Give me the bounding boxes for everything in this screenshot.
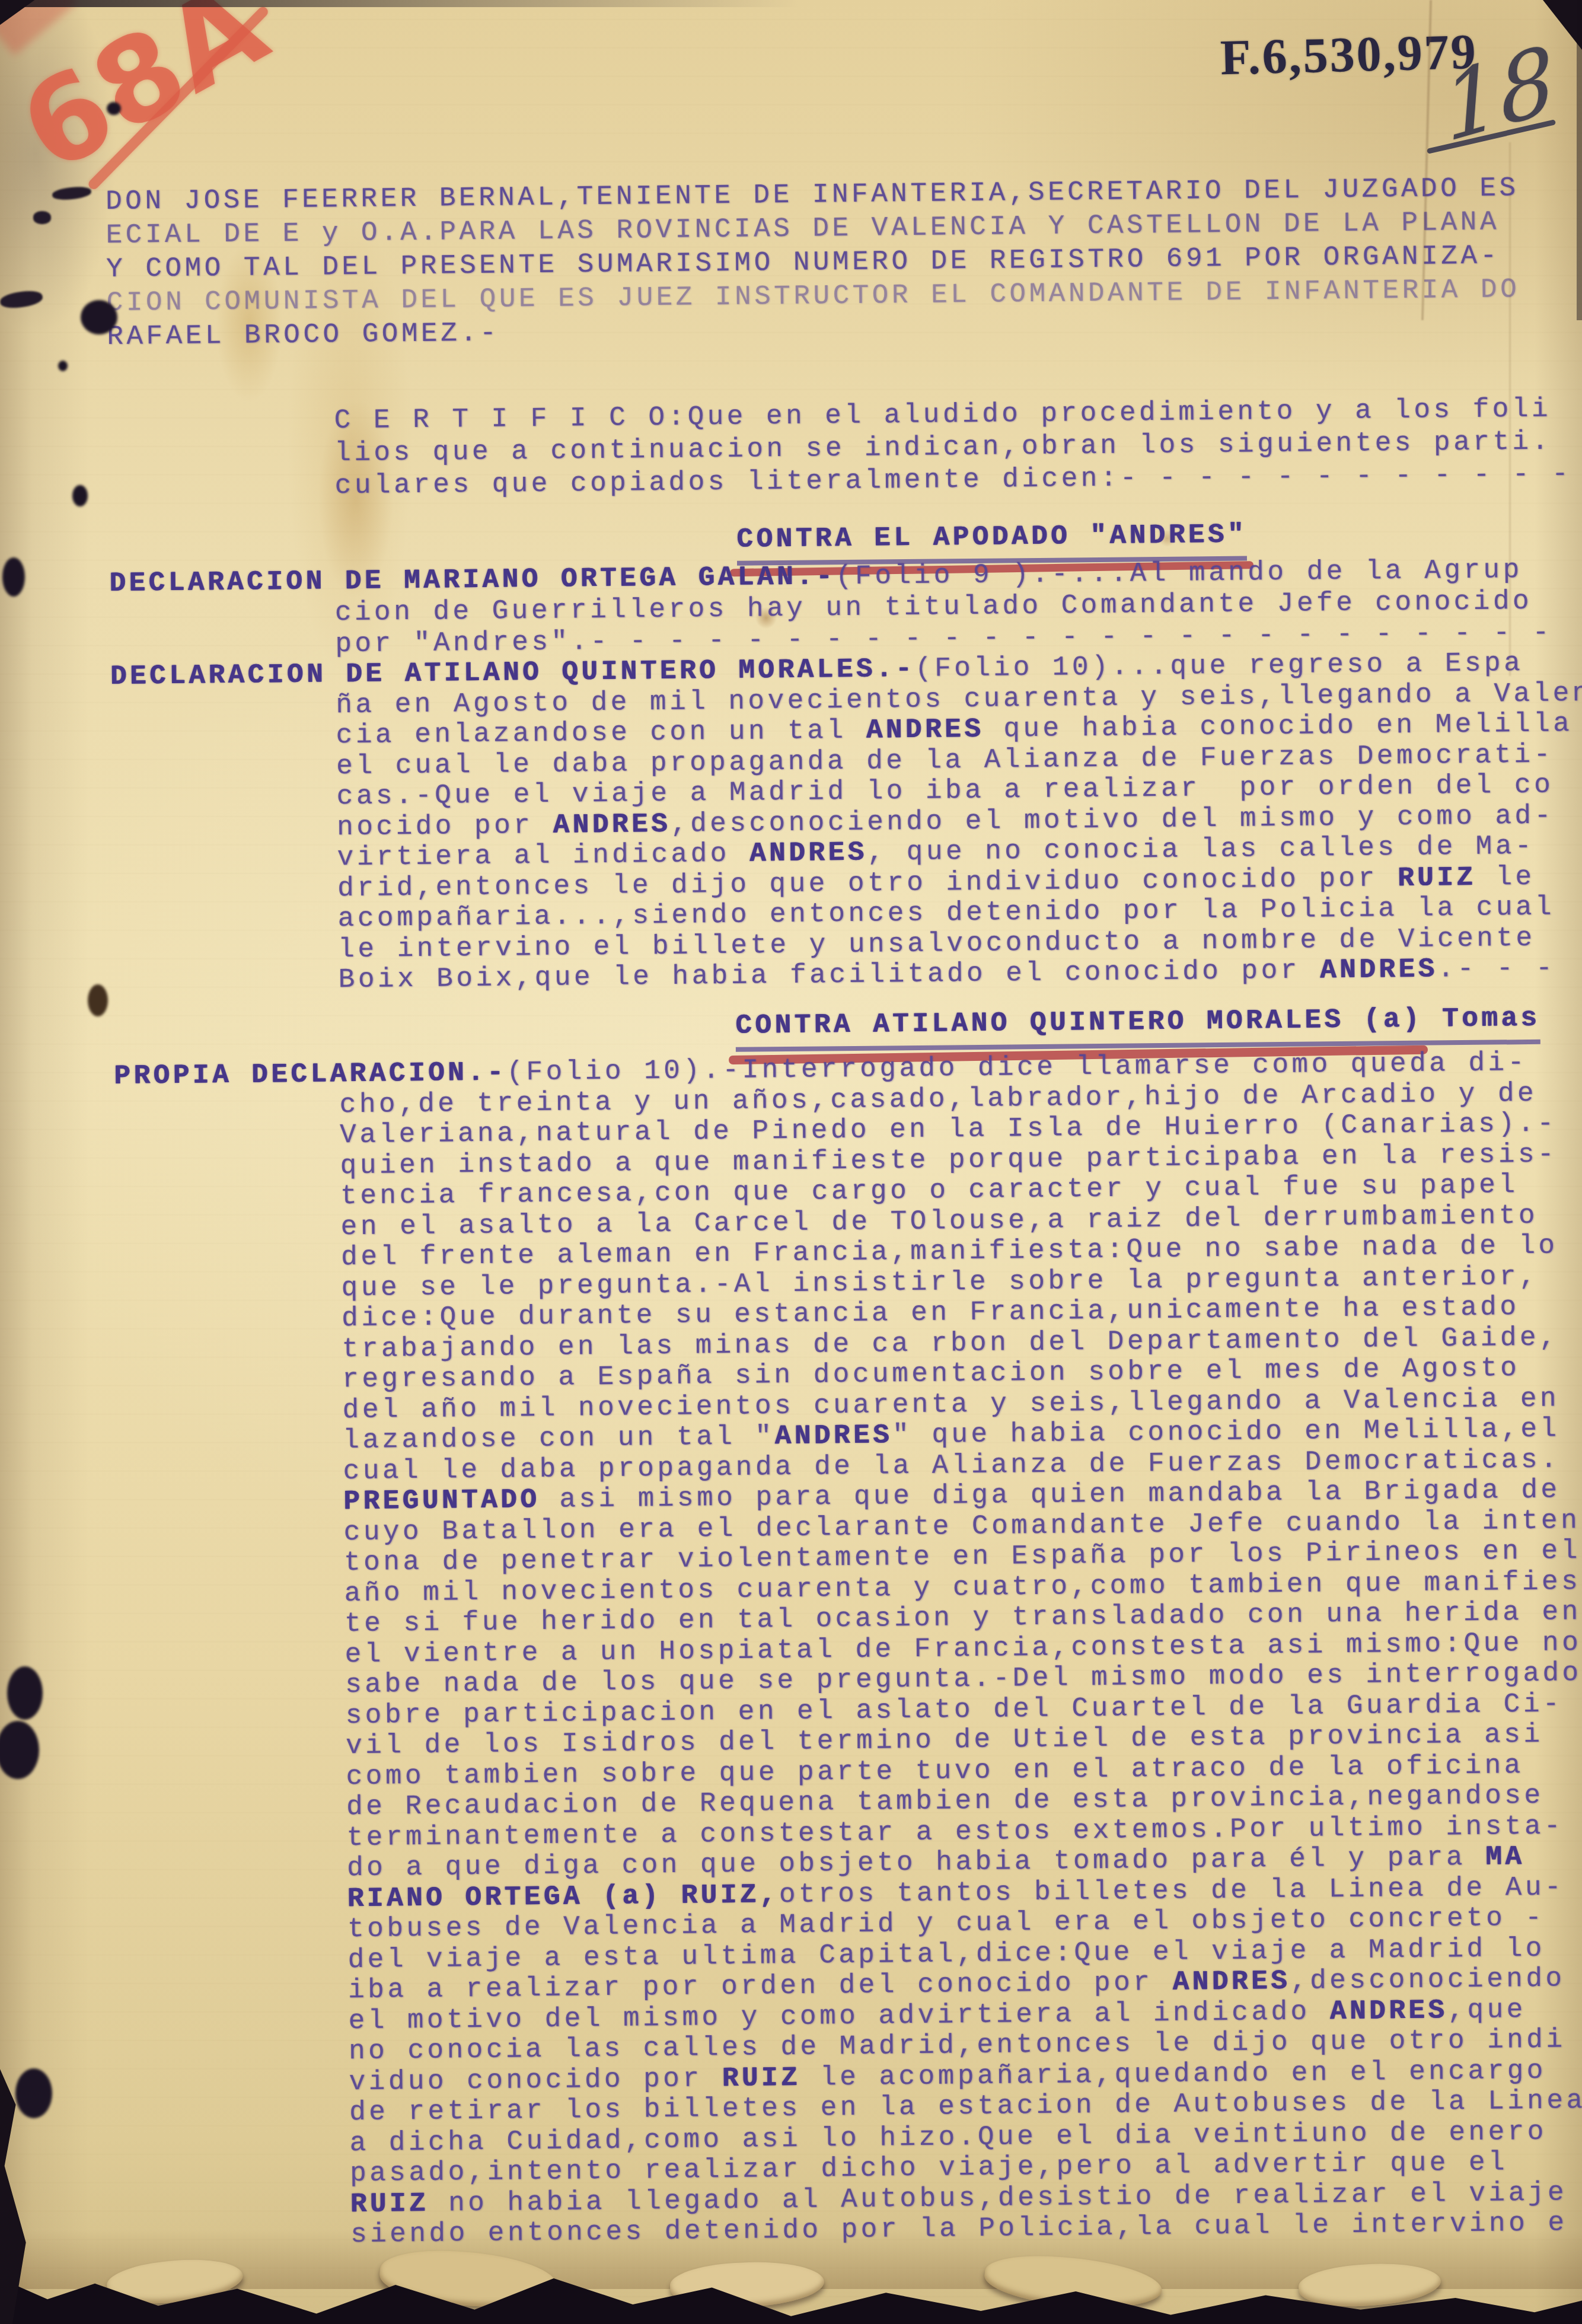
overstruck-text: RUIZ [350,2188,429,2219]
overstruck-text: ANDRES [1329,1995,1447,2027]
declaration-mariano-ortega: DECLARACION DE MARIANO ORTEGA GALAN.-(Fo… [109,554,1552,662]
overstruck-text: PREGUNTADO [343,1484,540,1517]
declaration-atilano-quintero: DECLARACION DE ATILANO QUINTERO MORALES.… [110,648,1582,997]
tear-slit [33,211,51,224]
propia-declaracion-paragraph: PROPIA DECLARACION.-(Folio 10).-Interrog… [114,1047,1582,2252]
overstruck-text: ANDRES [553,808,671,840]
punch-hole [107,102,121,115]
overstruck-text: RIANO ORTEGA (a) RUIZ, [347,1879,779,1914]
overstruck-text: PROPIA DECLARACION.- [114,1057,507,1092]
overstruck-text: MA [1485,1841,1525,1873]
paper-speck [72,485,88,506]
dark-scan-edge-right [1577,0,1582,320]
overstruck-text: ANDRES [866,714,984,746]
paper-speck [58,361,68,371]
overstruck-text: RUIZ [1398,862,1476,893]
punch-hole [2,557,25,597]
paper-damage-mark [88,984,108,1016]
certifico-paragraph: C E R T I F I C O:Que en el aludido proc… [334,393,1571,502]
overstruck-text: ANDRES [749,837,867,869]
typed-text-layer: DON JOSE FEERRER BERNAL,TENIENTE DE INFA… [0,0,1582,2324]
section-heading-text: CONTRA ATILANO QUINTERO MORALES (a) Toma… [735,1003,1540,1052]
scanned-document-page: 68A F.6,530,979 18 DON JOSE FEERRER BERN… [0,0,1582,2324]
punch-hole [81,300,117,334]
punch-hole [15,2068,52,2118]
preamble-paragraph: DON JOSE FEERRER BERNAL,TENIENTE DE INFA… [106,171,1520,354]
overstruck-text: RUIZ [722,2062,800,2093]
paper-crease [1509,142,1511,676]
punch-hole [7,1666,43,1720]
overstruck-text: ANDRES [774,1420,892,1452]
dark-scan-edge-top [0,0,800,7]
overstruck-text: ANDRES [1172,1966,1290,1998]
